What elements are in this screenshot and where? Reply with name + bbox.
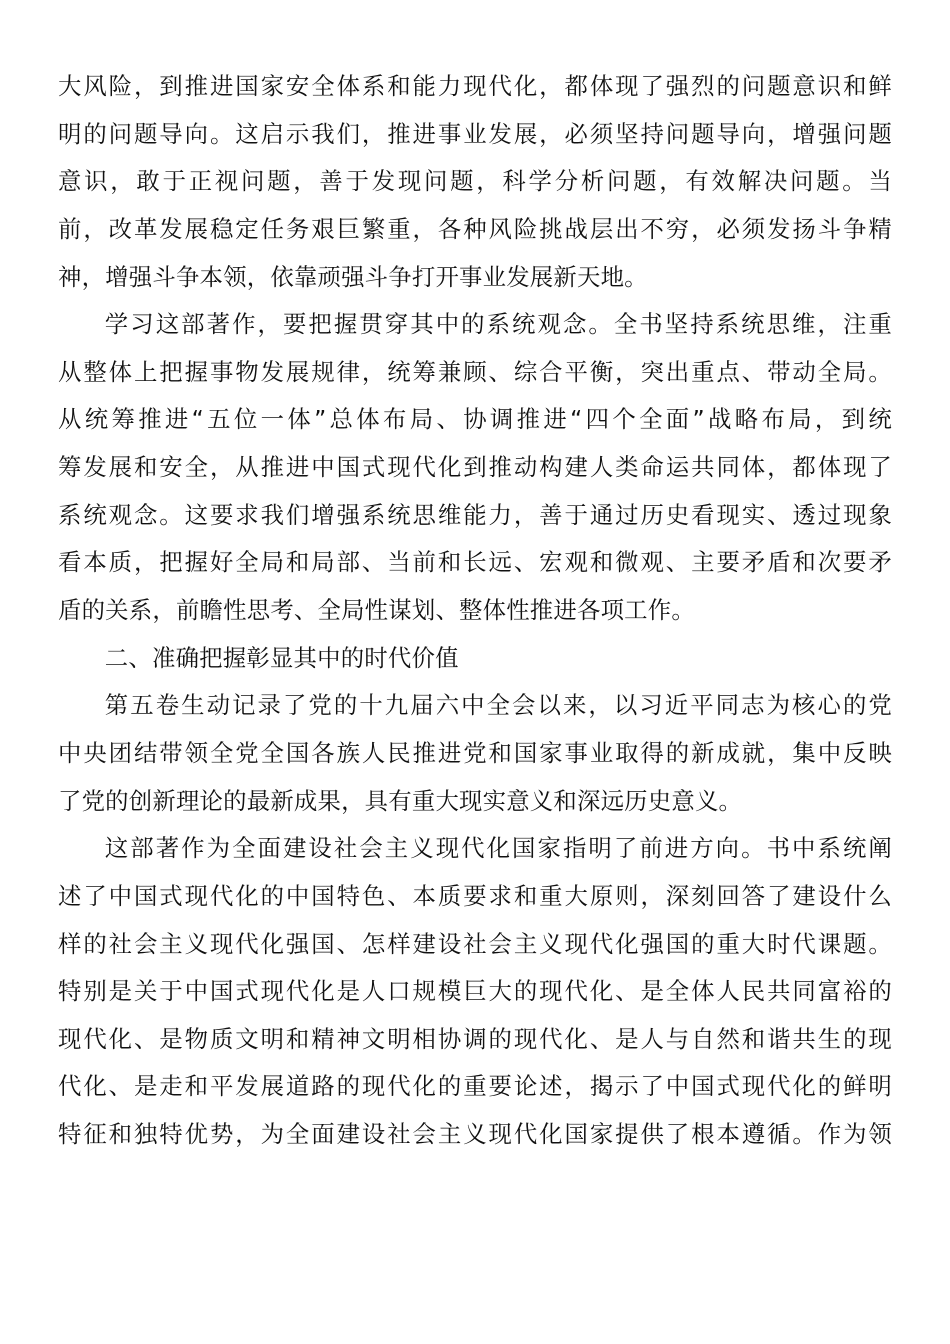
text-line-indented: 这部著作为全面建设社会主义现代化国家指明了前进方向。书中系统阐 bbox=[58, 825, 892, 873]
text-line: 特征和独特优势，为全面建设社会主义现代化国家提供了根本遵循。作为领 bbox=[58, 1111, 892, 1159]
text-line: 从统筹推进“五位一体”总体布局、协调推进“四个全面”战略布局，到统 bbox=[58, 396, 892, 444]
text-line: 筹发展和安全，从推进中国式现代化到推动构建人类命运共同体，都体现了 bbox=[58, 444, 892, 492]
text-line: 盾的关系，前瞻性思考、全局性谋划、整体性推进各项工作。 bbox=[58, 587, 892, 635]
text-line: 看本质，把握好全局和局部、当前和长远、宏观和微观、主要矛盾和次要矛 bbox=[58, 539, 892, 587]
paragraph-problem-orientation: 大风险，到推进国家安全体系和能力现代化，都体现了强烈的问题意识和鲜 明的问题导向… bbox=[58, 63, 892, 301]
text-line: 前，改革发展稳定任务艰巨繁重，各种风险挑战层出不穷，必须发扬斗争精 bbox=[58, 206, 892, 254]
text-line: 代化、是走和平发展道路的现代化的重要论述，揭示了中国式现代化的鲜明 bbox=[58, 1063, 892, 1111]
text-line: 了党的创新理论的最新成果，具有重大现实意义和深远历史意义。 bbox=[58, 778, 892, 826]
paragraph-systems-thinking: 学习这部著作，要把握贯穿其中的系统观念。全书坚持系统思维，注重 从整体上把握事物… bbox=[58, 301, 892, 634]
text-line-indented: 第五卷生动记录了党的十九届六中全会以来，以习近平同志为核心的党 bbox=[58, 682, 892, 730]
section-heading-text: 二、准确把握彰显其中的时代价值 bbox=[58, 635, 892, 683]
document-page: 大风险，到推进国家安全体系和能力现代化，都体现了强烈的问题意识和鲜 明的问题导向… bbox=[58, 63, 892, 1159]
section-heading: 二、准确把握彰显其中的时代价值 bbox=[58, 635, 892, 683]
text-line: 述了中国式现代化的中国特色、本质要求和重大原则，深刻回答了建设什么 bbox=[58, 873, 892, 921]
text-line: 大风险，到推进国家安全体系和能力现代化，都体现了强烈的问题意识和鲜 bbox=[58, 63, 892, 111]
paragraph-fifth-volume: 第五卷生动记录了党的十九届六中全会以来，以习近平同志为核心的党 中央团结带领全党… bbox=[58, 682, 892, 825]
text-line: 意识，敢于正视问题，善于发现问题，科学分析问题，有效解决问题。当 bbox=[58, 158, 892, 206]
text-line: 从整体上把握事物发展规律，统筹兼顾、综合平衡，突出重点、带动全局。 bbox=[58, 349, 892, 397]
text-line-indented: 学习这部著作，要把握贯穿其中的系统观念。全书坚持系统思维，注重 bbox=[58, 301, 892, 349]
text-line: 特别是关于中国式现代化是人口规模巨大的现代化、是全体人民共同富裕的 bbox=[58, 968, 892, 1016]
text-line: 神，增强斗争本领，依靠顽强斗争打开事业发展新天地。 bbox=[58, 254, 892, 302]
text-line: 明的问题导向。这启示我们，推进事业发展，必须坚持问题导向，增强问题 bbox=[58, 111, 892, 159]
text-line: 系统观念。这要求我们增强系统思维能力，善于通过历史看现实、透过现象 bbox=[58, 492, 892, 540]
text-line: 中央团结带领全党全国各族人民推进党和国家事业取得的新成就，集中反映 bbox=[58, 730, 892, 778]
paragraph-modernization: 这部著作为全面建设社会主义现代化国家指明了前进方向。书中系统阐 述了中国式现代化… bbox=[58, 825, 892, 1158]
text-line: 样的社会主义现代化强国、怎样建设社会主义现代化强国的重大时代课题。 bbox=[58, 921, 892, 969]
text-line: 现代化、是物质文明和精神文明相协调的现代化、是人与自然和谐共生的现 bbox=[58, 1016, 892, 1064]
